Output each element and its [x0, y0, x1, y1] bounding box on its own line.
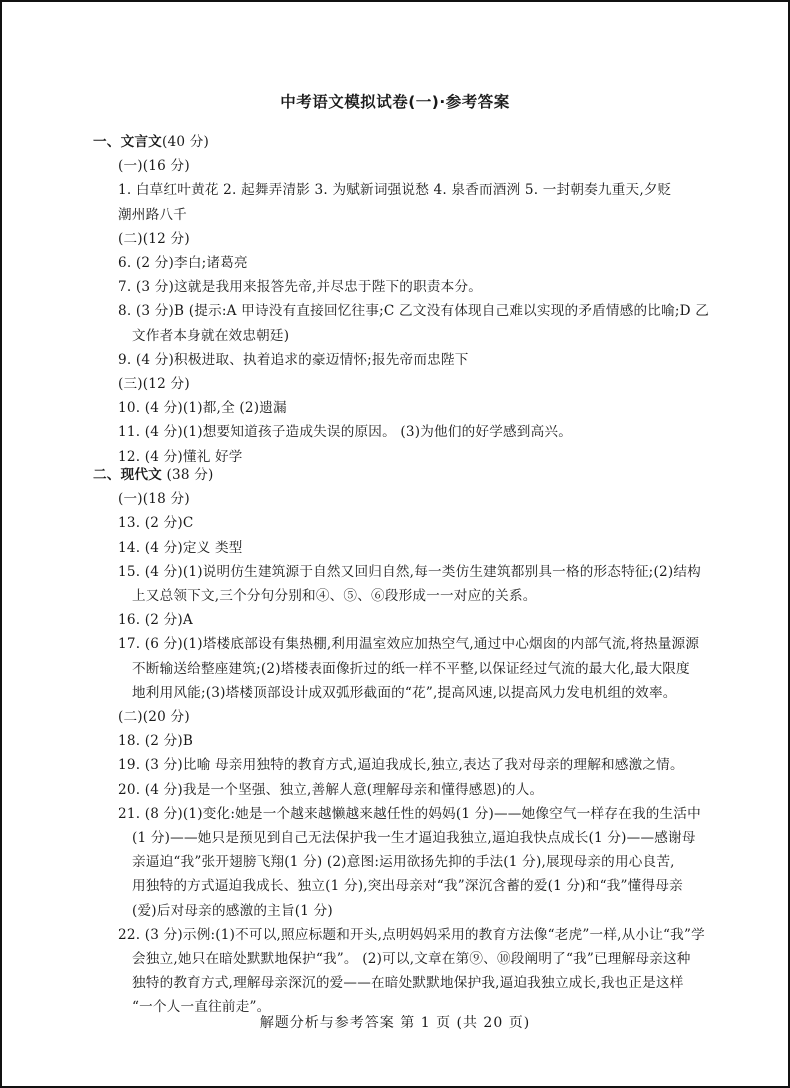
answer-line: (二)(20 分): [118, 708, 190, 726]
page-title: 中考语文模拟试卷(一)·参考答案: [2, 90, 788, 112]
answer-line: 19. (3 分)比喻 母亲用独特的教育方式,逼迫我成长,独立,表达了我对母亲的…: [118, 756, 684, 774]
answer-line: 7. (3 分)这就是我用来报答先帝,并尽忠于陛下的职责本分。: [118, 278, 482, 296]
answer-continuation-line: 地利用风能;(3)塔楼顶部设计成双弧形截面的“花”,提高风速,以提高风力发电机组…: [132, 684, 677, 702]
answer-line: 潮州路八千: [118, 206, 187, 224]
section-heading-text: 二、现代文: [93, 467, 162, 483]
answer-line: 16. (2 分)A: [118, 611, 193, 629]
answer-continuation-line: 亲逼迫“我”张开翅膀飞翔(1 分) (2)意图:运用欲扬先抑的手法(1 分),展…: [132, 853, 675, 871]
answer-line: 11. (4 分)(1)想要知道孩子造成失误的原因。 (3)为他们的好学感到高兴…: [118, 423, 572, 441]
answer-line: (一)(18 分): [118, 490, 190, 508]
answer-continuation-line: 会独立,她只在暗处默默地保护“我”。 (2)可以,文章在第⑨、⑩段阐明了“我”已…: [132, 950, 691, 968]
answer-line: 8. (3 分)B (提示:A 甲诗没有直接回忆往事;C 乙文没有体现自己难以实…: [118, 302, 709, 320]
answer-line: (二)(12 分): [118, 230, 190, 248]
answer-continuation-line: 上又总领下文,三个分句分别和④、⑤、⑥段形成一一对应的关系。: [132, 587, 537, 605]
section-points: (40 分): [162, 134, 209, 150]
answer-line: 9. (4 分)积极进取、执着追求的豪迈情怀;报先帝而忠陛下: [118, 351, 469, 369]
section-heading: 一、文言文(40 分): [93, 133, 209, 151]
answer-continuation-line: 文作者本身就在效忠朝廷): [132, 327, 289, 345]
page-footer: 解题分析与参考答案 第 1 页 (共 20 页): [2, 1012, 788, 1032]
answer-line: 18. (2 分)B: [118, 732, 193, 750]
answer-continuation-line: 不断输送给整座建筑;(2)塔楼表面像折过的纸一样不平整,以保证经过气流的最大化,…: [132, 660, 690, 678]
section-heading: 二、现代文 (38 分): [93, 466, 214, 484]
section-heading-text: 一、文言文: [93, 134, 162, 150]
answer-line: (三)(12 分): [118, 375, 190, 393]
answer-continuation-line: (1 分)——她只是预见到自己无法保护我一生才逼迫我独立,逼迫我快点成长(1 分…: [132, 829, 696, 847]
answer-line: (一)(16 分): [118, 157, 190, 175]
answer-line: 17. (6 分)(1)塔楼底部设有集热棚,利用温室效应加热空气,通过中心烟囱的…: [118, 635, 699, 653]
answer-line: 22. (3 分)示例:(1)不可以,照应标题和开头,点明妈妈采用的教育方法像“…: [118, 926, 705, 944]
answer-line: 10. (4 分)(1)都,全 (2)遗漏: [118, 399, 287, 417]
answer-line: 14. (4 分)定义 类型: [118, 539, 243, 557]
answer-line: 1. 白草红叶黄花 2. 起舞弄清影 3. 为赋新词强说愁 4. 泉香而酒洌 5…: [118, 181, 671, 199]
answer-continuation-line: (爱)后对母亲的感激的主旨(1 分): [132, 902, 333, 920]
answer-line: 12. (4 分)懂礼 好学: [118, 448, 243, 466]
answer-continuation-line: 独特的教育方式,理解母亲深沉的爱——在暗处默默地保护我,逼迫我独立成长,我也正是…: [132, 974, 684, 992]
answer-continuation-line: 用独特的方式逼迫我成长、独立(1 分),突出母亲对“我”深沉含蓄的爱(1 分)和…: [132, 877, 683, 895]
answer-line: 13. (2 分)C: [118, 514, 194, 532]
section-points: (38 分): [162, 467, 214, 483]
answer-line: 20. (4 分)我是一个坚强、独立,善解人意(理解母亲和懂得感恩)的人。: [118, 781, 543, 799]
answer-line: 15. (4 分)(1)说明仿生建筑源于自然又回归自然,每一类仿生建筑都别具一格…: [118, 563, 701, 581]
answer-key-page: 中考语文模拟试卷(一)·参考答案 一、文言文(40 分)(一)(16 分)1. …: [0, 0, 790, 1088]
answer-line: 6. (2 分)李白;诸葛亮: [118, 254, 248, 272]
answer-line: 21. (8 分)(1)变化:她是一个越来越懒越来越任性的妈妈(1 分)——她像…: [118, 805, 701, 823]
